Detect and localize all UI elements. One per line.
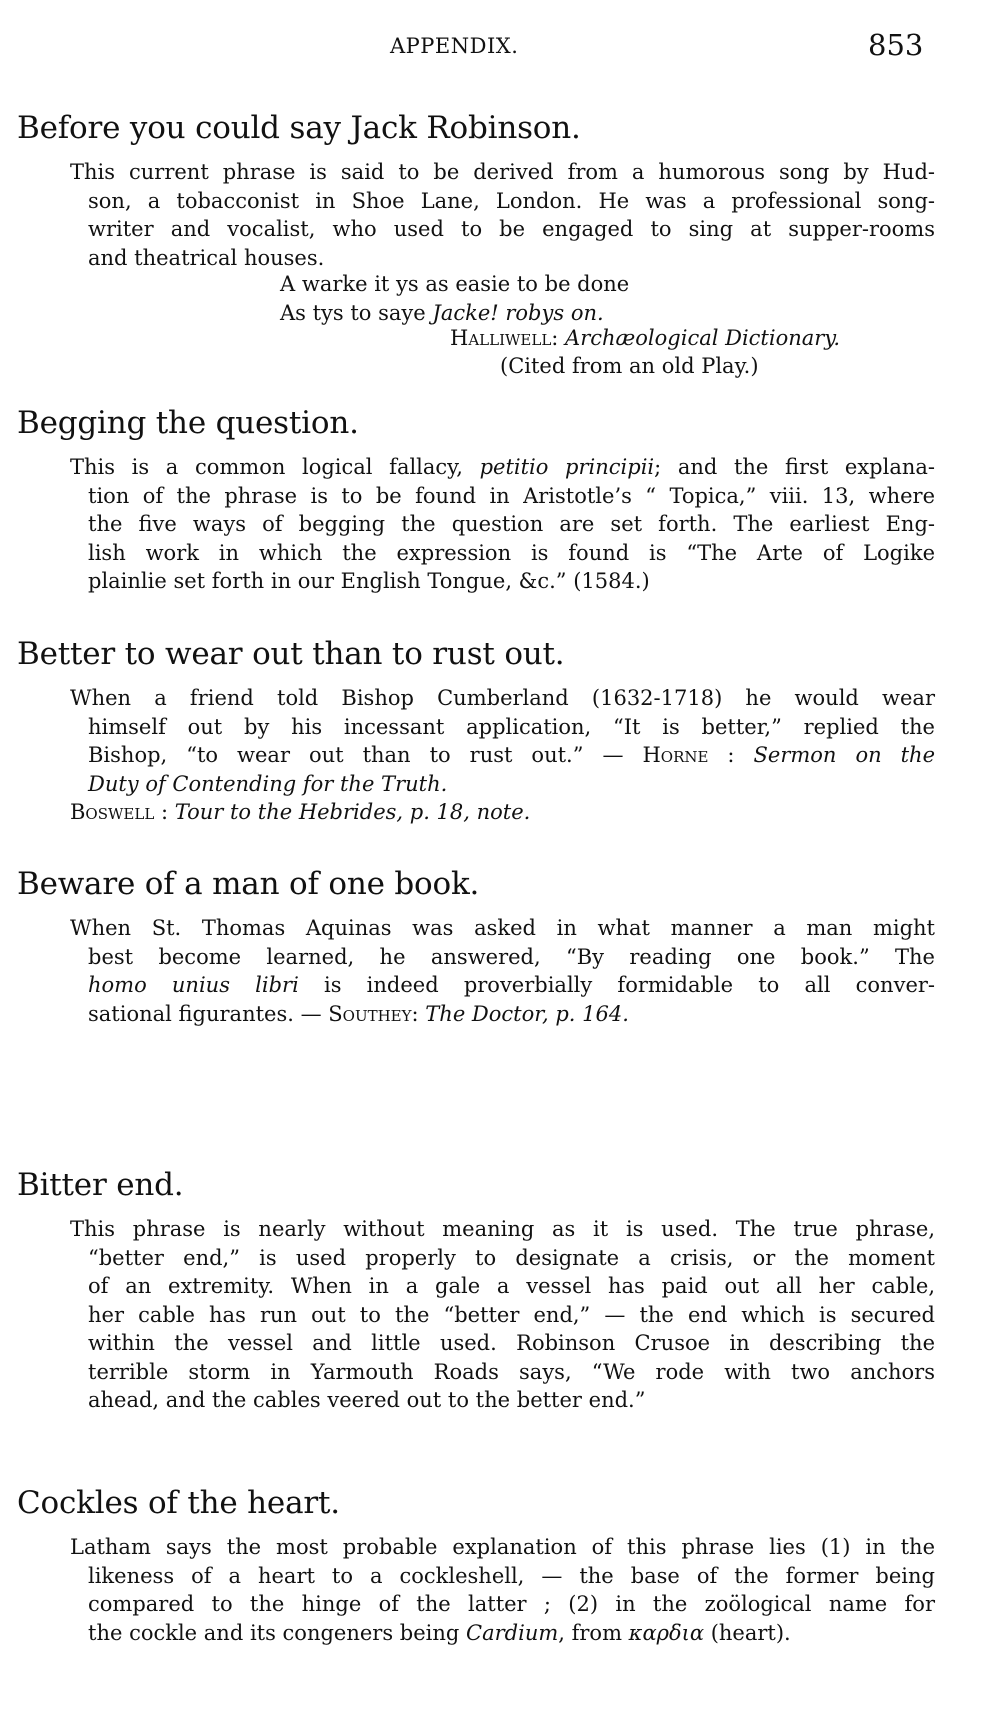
body-line: the cockle and its congeners being Cardi… [70, 1619, 935, 1648]
citation: Halliwell: Archæological Dictionary. [450, 326, 840, 350]
entry-body: Latham says the most probable explanatio… [70, 1533, 935, 1647]
body-line: son, a tobacconist in Shoe Lane, London.… [70, 187, 935, 216]
body-line: best become learned, he answered, “By re… [70, 943, 935, 972]
body-line: This is a common logical fallacy, petiti… [70, 453, 935, 482]
body-line: homo unius libri is indeed proverbially … [70, 971, 935, 1000]
body-line: When a friend told Bishop Cumberland (16… [70, 684, 935, 713]
body-line: Latham says the most probable explanatio… [70, 1533, 935, 1562]
body-line: ahead, and the cables veered out to the … [70, 1386, 935, 1415]
body-line: When St. Thomas Aquinas was asked in wha… [70, 914, 935, 943]
verse-quote: A warke it ys as easie to be done As tys… [280, 270, 629, 328]
entry-title: Bitter end. [17, 1167, 183, 1203]
body-line: Bishop, “to wear out than to rust out.” … [70, 741, 935, 770]
body-line: her cable has run out to the “better end… [70, 1301, 935, 1330]
body-line: compared to the hinge of the latter ; (2… [70, 1590, 935, 1619]
greek-word: καρδια [629, 1621, 704, 1645]
body-line: himself out by his incessant application… [70, 713, 935, 742]
body-line: writer and vocalist, who used to be enga… [70, 215, 935, 244]
citation-author: Halliwell: [450, 326, 558, 350]
body-line: of an extremity. When in a gale a vessel… [70, 1272, 935, 1301]
body-line: “better end,” is used properly to design… [70, 1244, 935, 1273]
verse-line: A warke it ys as easie to be done [280, 270, 629, 299]
entry-body: This phrase is nearly without meaning as… [70, 1215, 935, 1415]
body-line: terrible storm in Yarmouth Roads says, “… [70, 1358, 935, 1387]
citation-author: Horne [642, 743, 708, 767]
verse-line: As tys to saye Jacke! robys on. [280, 299, 629, 328]
entry-title: Beware of a man of one book. [17, 866, 479, 902]
entry-body: When a friend told Bishop Cumberland (16… [70, 684, 935, 827]
body-line: and theatrical houses. [70, 244, 935, 273]
body-line: within the vessel and little used. Robin… [70, 1329, 935, 1358]
citation-work: Archæological Dictionary. [565, 326, 840, 350]
body-line: sational figurantes. — Southey: The Doct… [70, 1000, 935, 1029]
running-head: APPENDIX. 853 [0, 28, 1000, 68]
citation-author: Southey [328, 1002, 411, 1026]
body-line: This current phrase is said to be derive… [70, 158, 935, 187]
entry-body: When St. Thomas Aquinas was asked in wha… [70, 914, 935, 1028]
body-line: Boswell : Tour to the Hebrides, p. 18, n… [70, 798, 935, 827]
entry-title: Before you could say Jack Robinson. [17, 110, 581, 146]
body-line: likeness of a heart to a cockleshell, — … [70, 1562, 935, 1591]
entry-title: Begging the question. [17, 405, 359, 441]
entry-title: Cockles of the heart. [17, 1485, 340, 1521]
citation-author: Boswell [70, 800, 154, 824]
body-line: lish work in which the expression is fou… [70, 539, 935, 568]
entry-body: This is a common logical fallacy, petiti… [70, 453, 935, 596]
entry-title: Better to wear out than to rust out. [17, 636, 564, 672]
body-line: This phrase is nearly without meaning as… [70, 1215, 935, 1244]
body-line: Duty of Contending for the Truth. [70, 770, 935, 799]
citation-note: (Cited from an old Play.) [500, 354, 759, 378]
body-line: the five ways of begging the question ar… [70, 510, 935, 539]
running-title: APPENDIX. [390, 34, 518, 58]
citation-work: Tour to the Hebrides, p. 18, note. [175, 800, 531, 824]
citation-work: The Doctor [425, 1002, 542, 1026]
page-number: 853 [868, 28, 923, 62]
entry-body: This current phrase is said to be derive… [70, 158, 935, 272]
body-line: tion of the phrase is to be found in Ari… [70, 482, 935, 511]
body-line: plainlie set forth in our English Tongue… [70, 567, 935, 596]
